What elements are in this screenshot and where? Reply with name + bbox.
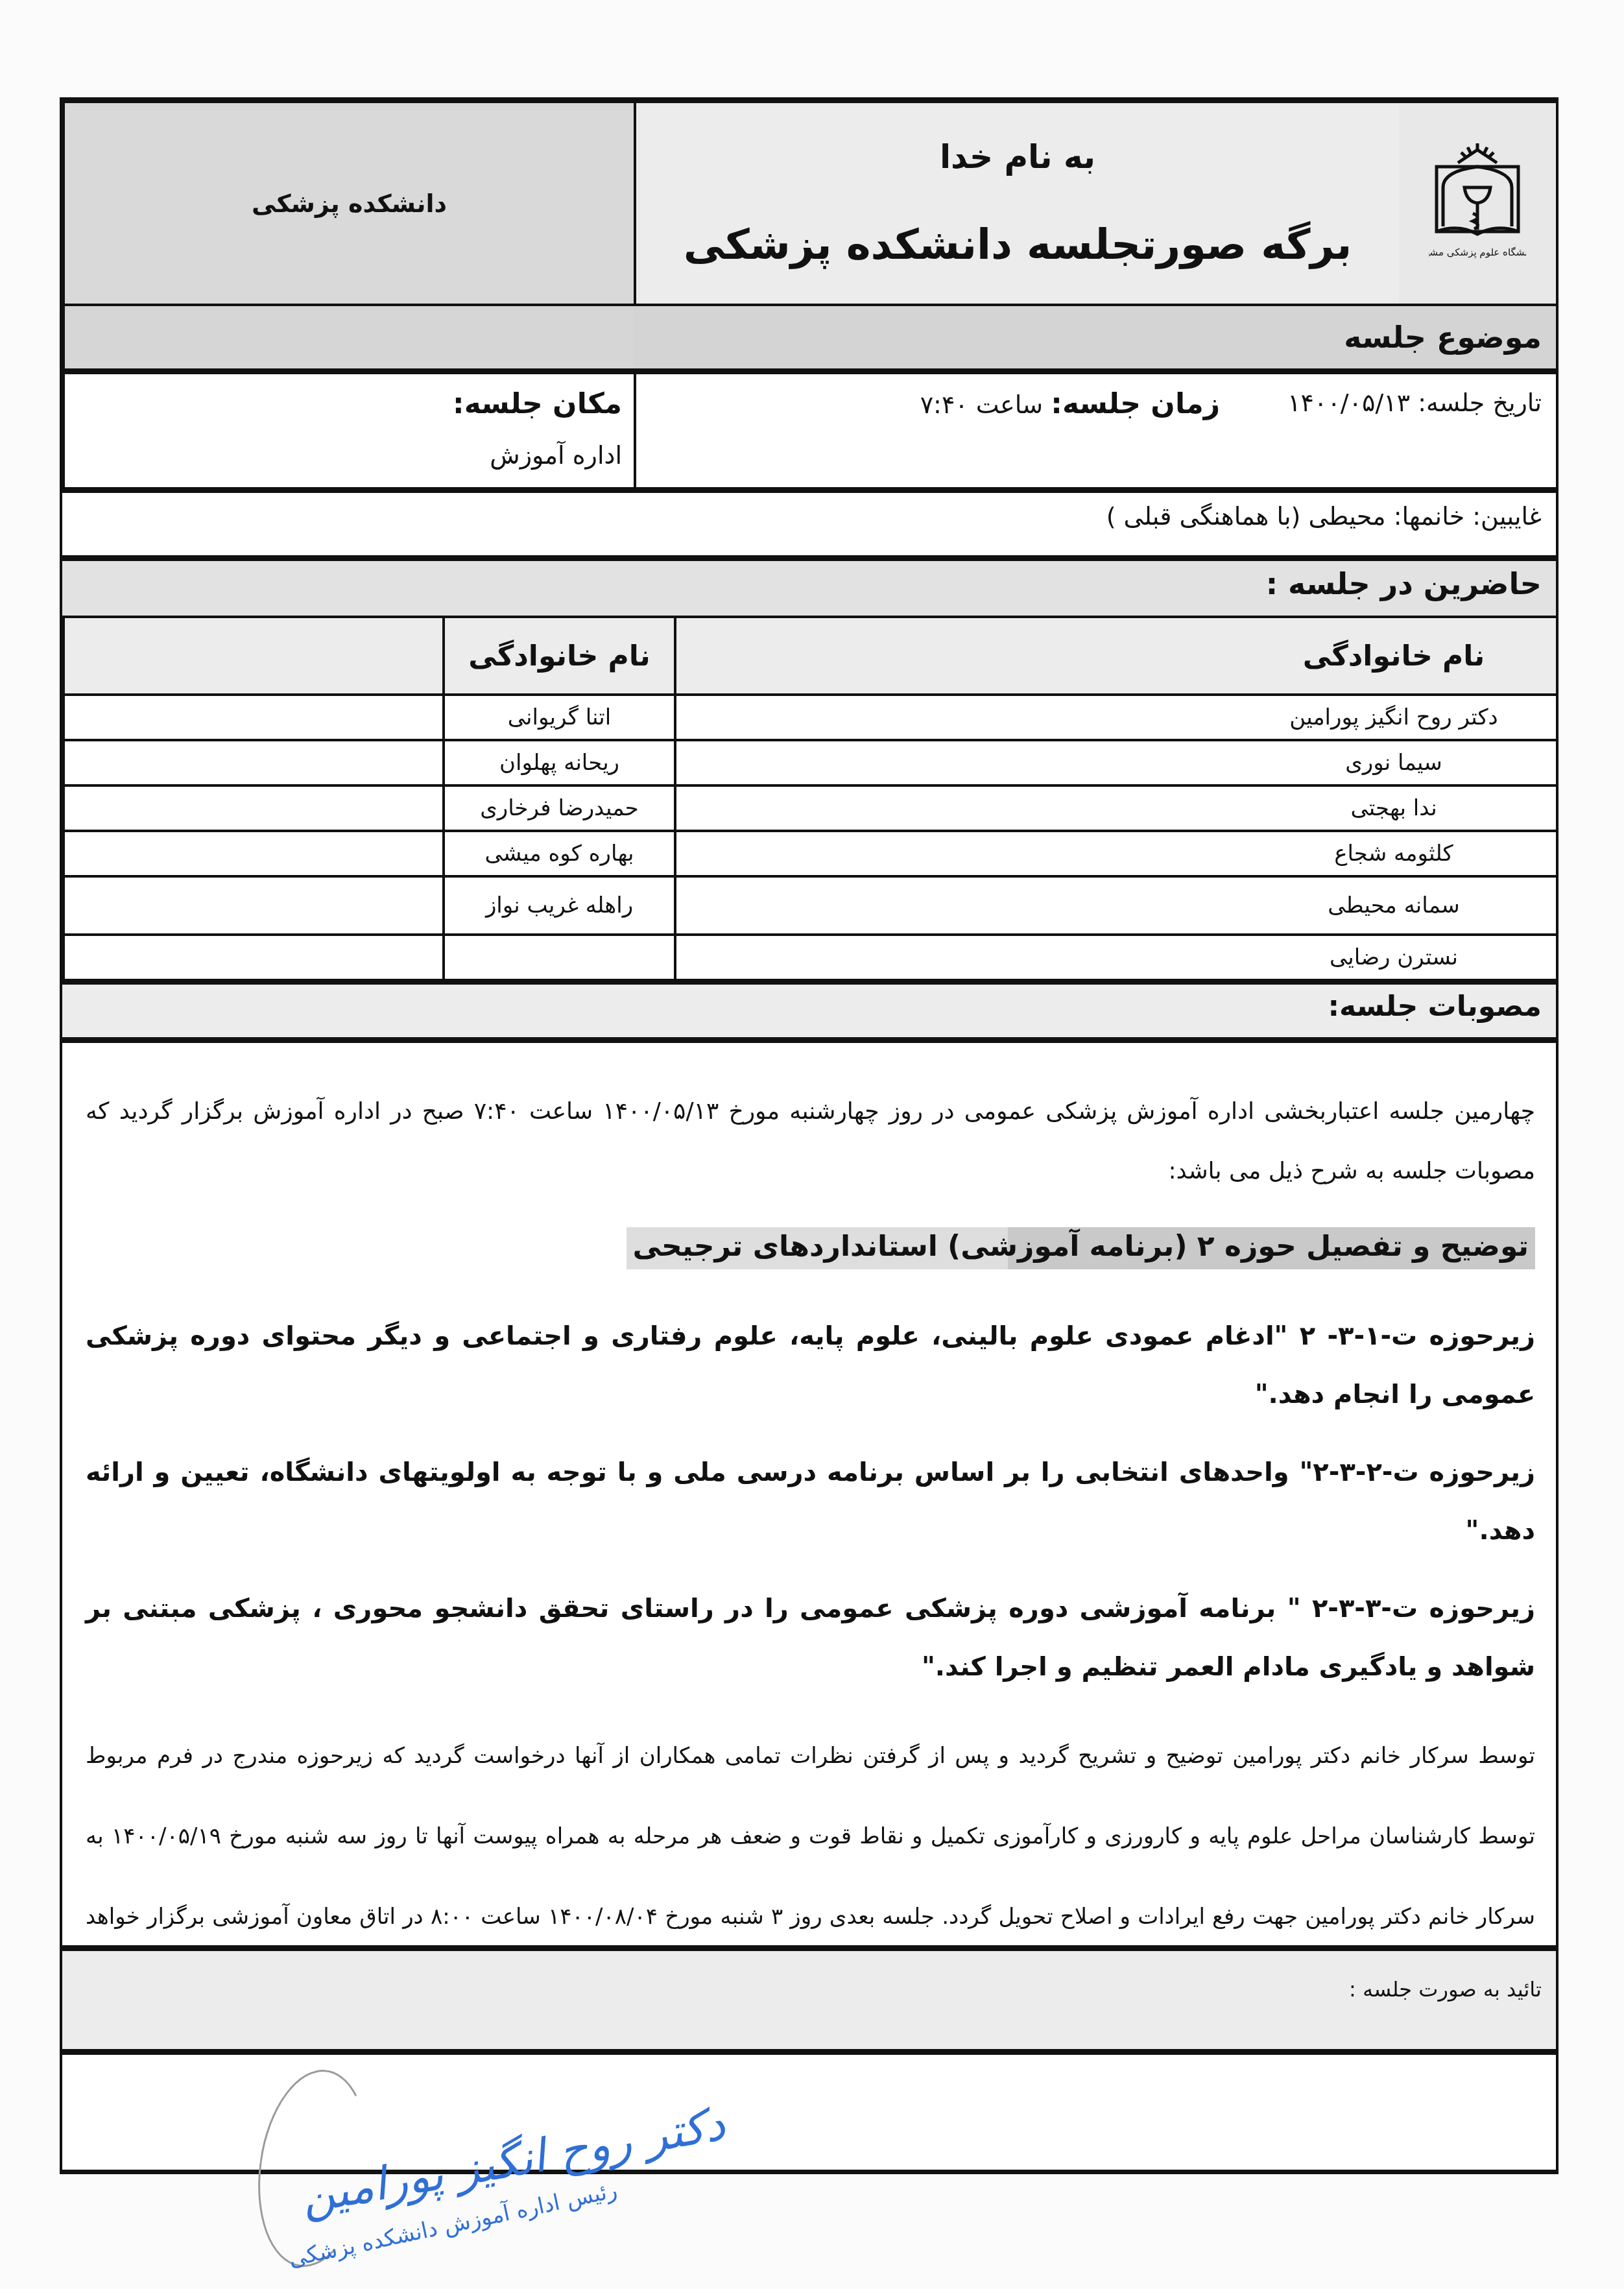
- university-emblem-icon: دانشگاه علوم پزشکی مشهد: [1429, 142, 1526, 265]
- signature-row: [60, 2049, 1558, 2170]
- attendee-name: نسترن رضایی: [1232, 936, 1556, 979]
- resolutions-intro: چهارمین جلسه اعتباربخشی اداره آموزش پزشک…: [86, 1082, 1535, 1201]
- attendees-table-header: نام خانوادگی نام خانوادگی: [60, 616, 1558, 693]
- attendee-name: راهله غریب نواز: [442, 878, 674, 933]
- approval-row: تائید به صورت جلسه :: [60, 1945, 1558, 2049]
- attendee-name: [442, 936, 674, 979]
- attendee-name: ندا بهجتی: [1232, 787, 1556, 830]
- resolutions-body: چهارمین جلسه اعتباربخشی اداره آموزش پزشک…: [60, 1037, 1558, 1945]
- table-row: ندا بهجتی حمیدرضا فرخاری: [60, 784, 1558, 830]
- attendee-signature-cell: [674, 832, 1232, 875]
- attendee-signature-cell: [62, 696, 442, 739]
- resolution-item: زیرحوزه ت-۳-۳-۲ " برنامه آموزشی دوره پزش…: [86, 1579, 1535, 1696]
- attendee-signature-cell: [674, 696, 1232, 739]
- column-header-blank-right: [674, 618, 1232, 693]
- attendee-name: سمانه محیطی: [1232, 878, 1556, 933]
- table-row: سیما نوری ریحانه پهلوان: [60, 739, 1558, 784]
- meeting-place: مکان جلسه: اداره آموزش: [62, 374, 634, 487]
- attendee-name: بهاره کوه میشی: [442, 832, 674, 875]
- section-title: توضیح و تفصیل حوزه ۲ (برنامه آموزشی) است…: [627, 1227, 1535, 1269]
- attendee-signature-cell: [62, 878, 442, 933]
- attendees-title: حاضرین در جلسه :: [60, 555, 1558, 616]
- time-label: زمان جلسه:: [1051, 387, 1220, 420]
- column-header-right: نام خانوادگی: [1232, 618, 1556, 693]
- title-block: به نام خدا برگه صورتجلسه دانشکده پزشکی: [634, 103, 1399, 304]
- time-value: ساعت ۷:۴۰: [920, 390, 1044, 419]
- subject-value: [62, 306, 634, 368]
- attendee-name: دکتر روح انگیز پورامین: [1232, 696, 1556, 739]
- signature-role: رئیس اداره آموزش دانشکده پزشکی: [286, 2177, 619, 2273]
- place-label: مکان جلسه:: [453, 387, 622, 420]
- meeting-meta-row: تاریخ جلسه: ۱۴۰۰/۰۵/۱۳ زمان جلسه: ساعت ۷…: [60, 368, 1558, 487]
- place-value: اداره آموزش: [65, 441, 622, 470]
- attendee-signature-cell: [674, 878, 1232, 933]
- svg-text:دانشگاه علوم پزشکی مشهد: دانشگاه علوم پزشکی مشهد: [1429, 246, 1526, 259]
- meeting-time: زمان جلسه: ساعت ۷:۴۰: [634, 374, 1232, 487]
- column-header-blank-left: [62, 618, 442, 693]
- resolutions-title: مصوبات جلسه:: [60, 979, 1558, 1037]
- resolution-item: زیرحوزه ت-۱-۳- ۲ "ادغام عمودی علوم بالین…: [86, 1307, 1535, 1424]
- table-row: سمانه محیطی راهله غریب نواز: [60, 875, 1558, 933]
- attendee-name: حمیدرضا فرخاری: [442, 787, 674, 830]
- attendee-signature-cell: [674, 741, 1232, 784]
- form-title: برگه صورتجلسه دانشکده پزشکی: [684, 221, 1352, 269]
- date-label: تاریخ جلسه:: [1418, 389, 1542, 417]
- attendee-signature-cell: [62, 832, 442, 875]
- form-header: دانشگاه علوم پزشکی مشهد به نام خدا برگه …: [60, 97, 1558, 304]
- attendee-name: سیما نوری: [1232, 741, 1556, 784]
- form-bottom-border: [60, 2170, 1558, 2174]
- table-row: کلثومه شجاع بهاره کوه میشی: [60, 830, 1558, 875]
- table-row: دکتر روح انگیز پورامین اتنا گریوانی: [60, 693, 1558, 739]
- subject-label: موضوع جلسه: [634, 306, 1556, 368]
- attendee-signature-cell: [62, 787, 442, 830]
- date-value: ۱۴۰۰/۰۵/۱۳: [1287, 389, 1410, 417]
- faculty-name: دانشکده پزشکی: [62, 103, 634, 304]
- university-logo: دانشگاه علوم پزشکی مشهد: [1399, 103, 1556, 304]
- bismillah-heading: به نام خدا: [940, 138, 1095, 176]
- attendee-signature-cell: [674, 936, 1232, 979]
- meeting-minutes-form: دانشگاه علوم پزشکی مشهد به نام خدا برگه …: [60, 97, 1558, 2174]
- table-row: نسترن رضایی: [60, 933, 1558, 979]
- resolutions-content: چهارمین جلسه اعتباربخشی اداره آموزش پزشک…: [86, 1082, 1535, 1945]
- attendee-signature-cell: [62, 741, 442, 784]
- absentees-row: غایبین: خانمها: محیطی (با هماهنگی قبلی ): [60, 487, 1558, 555]
- attendee-signature-cell: [674, 787, 1232, 830]
- attendee-name: کلثومه شجاع: [1232, 832, 1556, 875]
- attendee-signature-cell: [62, 936, 442, 979]
- attendee-name: ریحانه پهلوان: [442, 741, 674, 784]
- resolution-item: زیرحوزه ت-۲-۳-۲" واحدهای انتخابی را بر ا…: [86, 1443, 1535, 1560]
- subject-row: موضوع جلسه: [60, 304, 1558, 368]
- attendee-name: اتنا گریوانی: [442, 696, 674, 739]
- meeting-date: تاریخ جلسه: ۱۴۰۰/۰۵/۱۳: [1232, 374, 1556, 487]
- column-header-left: نام خانوادگی: [442, 618, 674, 693]
